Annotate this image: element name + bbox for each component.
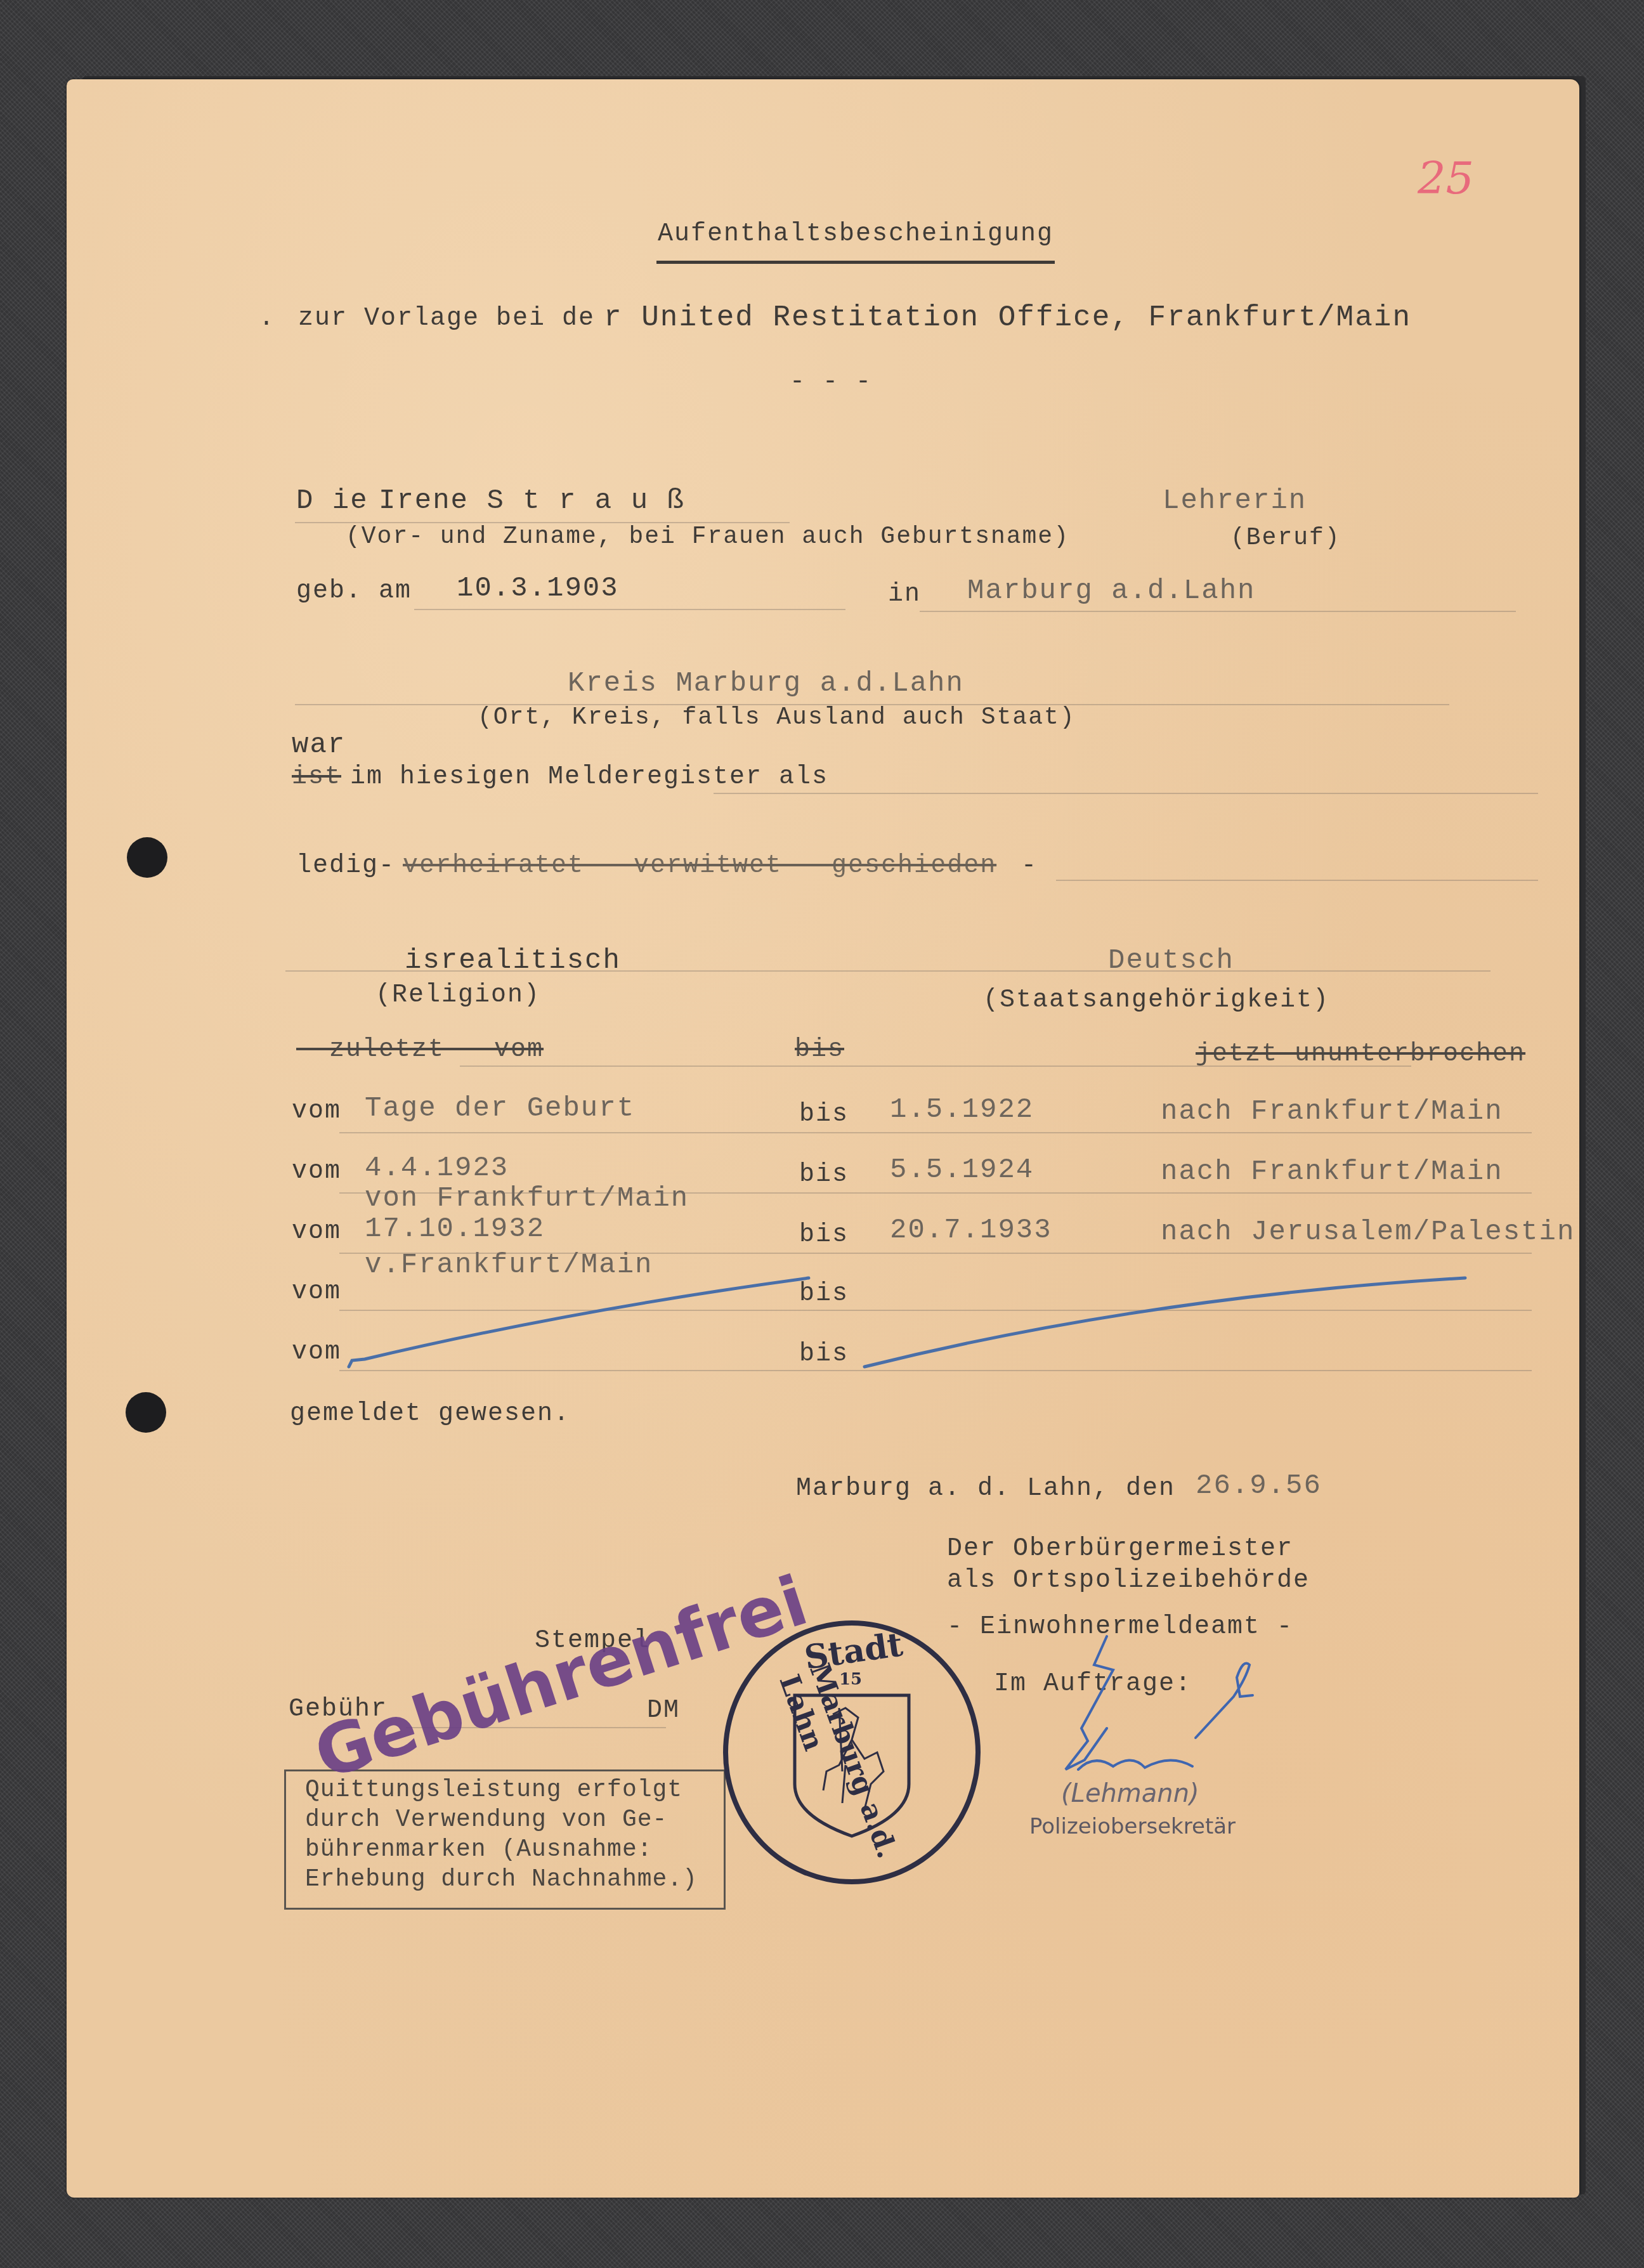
currency-label: DM	[647, 1697, 680, 1725]
fee-notice-box: Quittungsleistung erfolgt durch Verwendu…	[284, 1769, 726, 1910]
notice-line: bührenmarken (Ausnahme:	[305, 1836, 653, 1863]
notice-line: durch Verwendung von Ge-	[305, 1806, 667, 1834]
notice-line: Erhebung durch Nachnahme.)	[305, 1866, 698, 1893]
document-page: 25 Aufenthaltsbescheinigung . zur Vorlag…	[67, 79, 1579, 2198]
city-seal: Stadt 15 Marburg a.d. Lahn	[723, 1620, 981, 1884]
signatory-title: Polizeiobersekretär	[1029, 1814, 1236, 1839]
signatory-name: (Lehmann)	[1061, 1779, 1199, 1808]
